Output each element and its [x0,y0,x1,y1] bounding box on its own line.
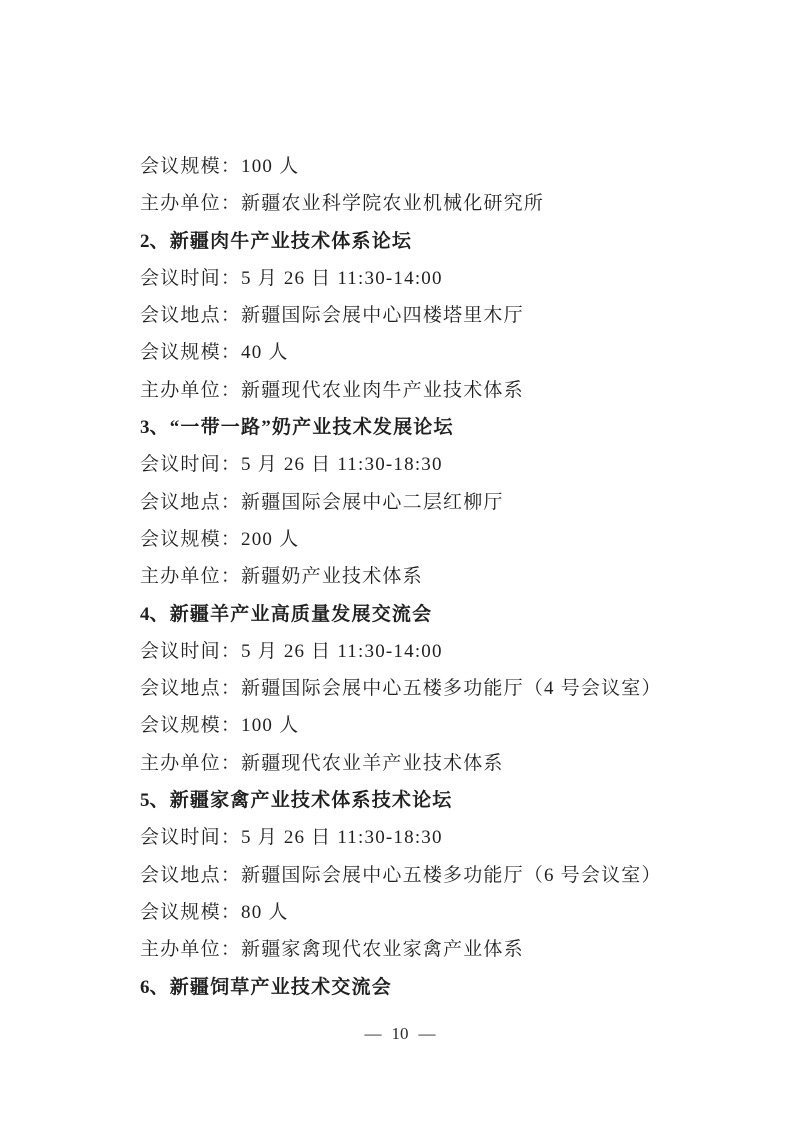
field-separator: ： [221,641,241,662]
field-label: 会议时间 [140,268,221,289]
event-title: “一带一路”奶产业技术发展论坛 [170,417,454,438]
field-label: 主办单位 [140,566,221,587]
event-field-line: 会议规模：40 人 [140,334,720,371]
event-field-line: 会议时间：5 月 26 日 11:30-14:00 [140,260,720,297]
field-value: 200 人 [241,529,299,550]
field-separator: ： [221,156,241,177]
event-heading: 5、新疆家禽产业技术体系技术论坛 [140,782,720,819]
event-heading: 6、新疆饲草产业技术交流会 [140,969,720,1006]
field-separator: ： [221,305,241,326]
field-separator: ： [221,939,241,960]
event-field-line: 会议时间：5 月 26 日 11:30-18:30 [140,819,720,856]
event-number-separator: 、 [150,604,170,625]
field-separator: ： [221,492,241,513]
footer-right-dash: — [419,1024,436,1043]
field-value: 100 人 [241,715,299,736]
field-label: 会议规模 [140,715,221,736]
event-section: 2、新疆肉牛产业技术体系论坛 会议时间：5 月 26 日 11:30-14:00… [140,223,720,409]
document-body: 会议规模：100 人 主办单位：新疆农业科学院农业机械化研究所 2、新疆肉牛产业… [140,148,720,1006]
field-value: 新疆奶产业技术体系 [241,566,423,587]
event-field-line: 主办单位：新疆家禽现代农业家禽产业体系 [140,931,720,968]
field-label: 会议时间 [140,454,221,475]
field-label: 会议时间 [140,827,221,848]
field-separator: ： [221,678,241,699]
event-section: 4、新疆羊产业高质量发展交流会 会议时间：5 月 26 日 11:30-14:0… [140,596,720,782]
field-separator: ： [221,529,241,550]
footer-left-dash: — [365,1024,382,1043]
event-heading: 2、新疆肉牛产业技术体系论坛 [140,223,720,260]
field-separator: ： [221,454,241,475]
field-separator: ： [221,342,241,363]
field-value: 80 人 [241,902,289,923]
event-title: 新疆家禽产业技术体系技术论坛 [170,790,453,811]
event-section: 3、“一带一路”奶产业技术发展论坛 会议时间：5 月 26 日 11:30-18… [140,409,720,595]
event-section: 6、新疆饲草产业技术交流会 [140,969,720,1006]
event-number-separator: 、 [150,231,170,252]
event-heading: 3、“一带一路”奶产业技术发展论坛 [140,409,720,446]
field-value: 100 人 [241,156,299,177]
field-separator: ： [221,827,241,848]
field-label: 会议地点 [140,492,221,513]
field-value: 新疆国际会展中心五楼多功能厅（6 号会议室） [241,865,662,886]
field-separator: ： [221,193,241,214]
event-title: 新疆肉牛产业技术体系论坛 [170,231,412,252]
field-value: 5 月 26 日 11:30-14:00 [241,641,443,662]
event-number: 4 [140,604,150,625]
field-value: 新疆国际会展中心五楼多功能厅（4 号会议室） [241,678,662,699]
event-number-separator: 、 [150,790,170,811]
field-value: 新疆国际会展中心二层红柳厅 [241,492,504,513]
field-label: 主办单位 [140,193,221,214]
field-separator: ： [221,902,241,923]
field-label: 会议时间 [140,641,221,662]
event-field-line: 会议地点：新疆国际会展中心四楼塔里木厅 [140,297,720,334]
event-field-line: 会议规模：200 人 [140,521,720,558]
field-separator: ： [221,380,241,401]
event-number-separator: 、 [150,977,170,998]
event-section: 5、新疆家禽产业技术体系技术论坛 会议时间：5 月 26 日 11:30-18:… [140,782,720,968]
field-label: 会议规模 [140,156,221,177]
field-label: 主办单位 [140,939,221,960]
event-field-line: 会议地点：新疆国际会展中心五楼多功能厅（6 号会议室） [140,857,720,894]
event-field-line: 主办单位：新疆现代农业羊产业技术体系 [140,745,720,782]
field-value: 5 月 26 日 11:30-18:30 [241,454,443,475]
event-field-line: 会议时间：5 月 26 日 11:30-14:00 [140,633,720,670]
event-field-line: 主办单位：新疆农业科学院农业机械化研究所 [140,185,720,222]
field-label: 会议规模 [140,342,221,363]
field-label: 会议规模 [140,529,221,550]
event-field-line: 主办单位：新疆奶产业技术体系 [140,558,720,595]
event-field-line: 会议规模：100 人 [140,148,720,185]
event-title: 新疆饲草产业技术交流会 [170,977,392,998]
field-separator: ： [221,715,241,736]
event-number: 6 [140,977,150,998]
page-number: 10 [392,1024,409,1043]
event-number: 3 [140,417,150,438]
field-label: 主办单位 [140,380,221,401]
field-label: 主办单位 [140,753,221,774]
field-label: 会议规模 [140,902,221,923]
field-value: 5 月 26 日 11:30-14:00 [241,268,443,289]
event-section: 会议规模：100 人 主办单位：新疆农业科学院农业机械化研究所 [140,148,720,223]
document-page: 会议规模：100 人 主办单位：新疆农业科学院农业机械化研究所 2、新疆肉牛产业… [0,0,800,1131]
page-footer: —10— [0,1022,800,1046]
field-separator: ： [221,865,241,886]
event-number-separator: 、 [150,417,170,438]
event-field-line: 会议规模：80 人 [140,894,720,931]
field-value: 新疆现代农业肉牛产业技术体系 [241,380,524,401]
field-label: 会议地点 [140,678,221,699]
field-value: 新疆现代农业羊产业技术体系 [241,753,504,774]
event-number: 5 [140,790,150,811]
event-field-line: 会议时间：5 月 26 日 11:30-18:30 [140,446,720,483]
field-label: 会议地点 [140,305,221,326]
field-label: 会议地点 [140,865,221,886]
event-field-line: 主办单位：新疆现代农业肉牛产业技术体系 [140,372,720,409]
event-field-line: 会议地点：新疆国际会展中心二层红柳厅 [140,484,720,521]
event-field-line: 会议规模：100 人 [140,707,720,744]
field-separator: ： [221,753,241,774]
field-value: 新疆家禽现代农业家禽产业体系 [241,939,524,960]
event-title: 新疆羊产业高质量发展交流会 [170,604,433,625]
field-separator: ： [221,268,241,289]
event-number: 2 [140,231,150,252]
field-value: 新疆国际会展中心四楼塔里木厅 [241,305,524,326]
event-field-line: 会议地点：新疆国际会展中心五楼多功能厅（4 号会议室） [140,670,720,707]
field-separator: ： [221,566,241,587]
event-heading: 4、新疆羊产业高质量发展交流会 [140,596,720,633]
field-value: 40 人 [241,342,289,363]
field-value: 新疆农业科学院农业机械化研究所 [241,193,544,214]
field-value: 5 月 26 日 11:30-18:30 [241,827,443,848]
